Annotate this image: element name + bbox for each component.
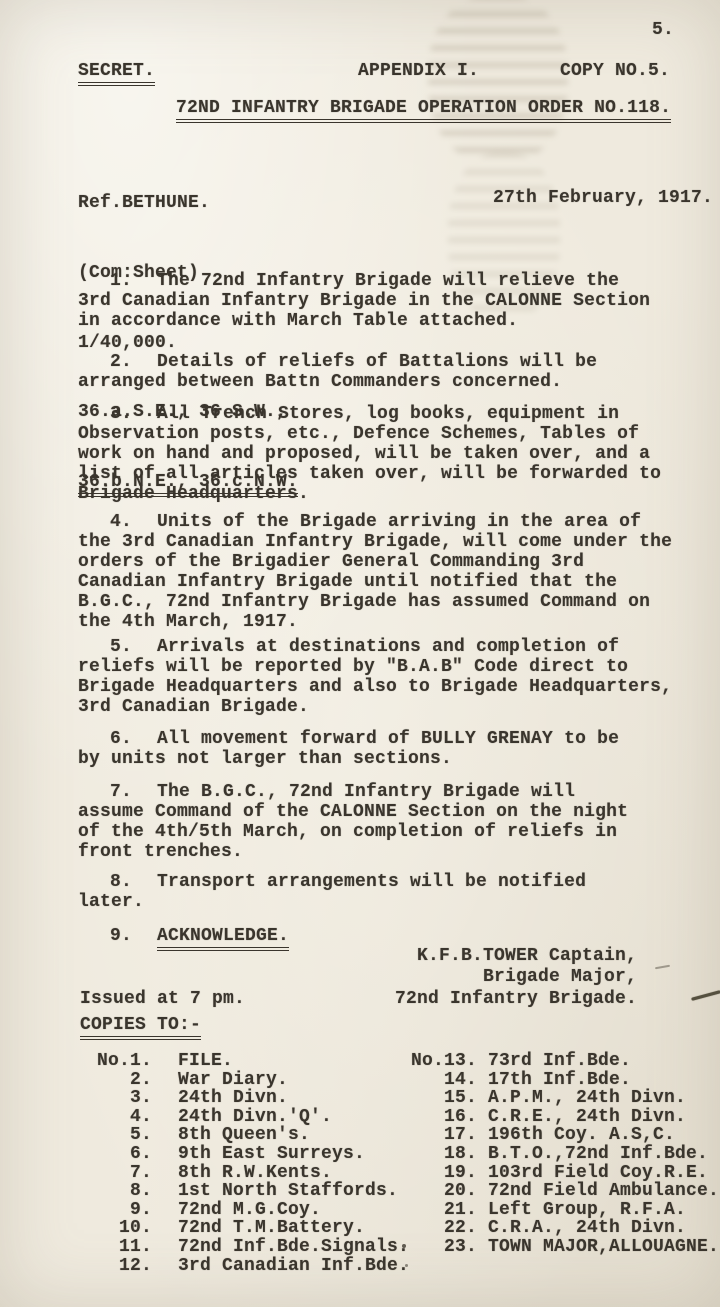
copies-heading: COPIES TO:- xyxy=(80,1015,201,1040)
copy-recipient: 72nd M.G.Coy. xyxy=(178,1200,321,1220)
copy-number: 3. xyxy=(78,1089,152,1108)
paragraph-number: 3. xyxy=(110,404,157,424)
reference-line: Ref.BETHUNE. xyxy=(78,192,298,215)
list-item: 23.TOWN MAJOR,ALLOUAGNE. xyxy=(410,1238,719,1257)
paragraph-number: 2. xyxy=(110,352,157,372)
pen-mark xyxy=(691,990,720,1001)
copy-number: 7. xyxy=(78,1164,152,1183)
copy-recipient: 196th Coy. A.S,C. xyxy=(488,1125,675,1145)
copy-number: 22. xyxy=(410,1219,477,1238)
copy-recipient: 72nd Field Ambulance. xyxy=(488,1181,719,1201)
copy-number: 23. xyxy=(410,1238,477,1257)
list-item: 5.8th Queen's. xyxy=(78,1126,410,1145)
order-paragraph-4: 4.Units of the Brigade arriving in the a… xyxy=(78,512,698,632)
copy-number: 14. xyxy=(410,1071,477,1090)
order-paragraph-1: 1.The 72nd Infantry Brigade will relieve… xyxy=(78,271,698,331)
list-item: 16.C.R.E., 24th Divn. xyxy=(410,1108,719,1127)
paragraph-number: 1. xyxy=(110,271,157,291)
copy-recipient: 3rd Canadian Inf.Bde. xyxy=(178,1256,409,1276)
order-body: 1.The 72nd Infantry Brigade will relieve… xyxy=(78,271,698,959)
paragraph-text: The B.G.C., 72nd Infantry Brigade will a… xyxy=(78,782,628,862)
copy-recipient: 8th Queen's. xyxy=(178,1125,310,1145)
copy-recipient: TOWN MAJOR,ALLOUAGNE. xyxy=(488,1237,719,1257)
order-paragraph-9: 9.ACKNOWLEDGE. xyxy=(78,926,698,946)
copy-number: No.13. xyxy=(410,1052,477,1071)
list-item: 22.C.R.A., 24th Divn. xyxy=(410,1219,719,1238)
list-item: No.13.73rd Inf.Bde. xyxy=(410,1052,719,1071)
copy-recipient: 72nd T.M.Battery. xyxy=(178,1218,365,1238)
issued-time: Issued at 7 pm. xyxy=(80,989,245,1010)
copy-recipient: C.R.A., 24th Divn. xyxy=(488,1218,686,1238)
order-paragraph-2: 2.Details of reliefs of Battalions will … xyxy=(78,352,698,392)
copy-number: No.1. xyxy=(78,1052,152,1071)
order-paragraph-6: 6.All movement forward of BULLY GRENAY t… xyxy=(78,729,698,769)
copy-recipient: FILE. xyxy=(178,1051,233,1071)
copy-recipient: Left Group, R.F.A. xyxy=(488,1200,686,1220)
list-item: 17.196th Coy. A.S,C. xyxy=(410,1126,719,1145)
copy-recipient: B.T.O.,72nd Inf.Bde. xyxy=(488,1144,708,1164)
copy-recipient: 73rd Inf.Bde. xyxy=(488,1051,631,1071)
paragraph-number: 5. xyxy=(110,637,157,657)
copy-recipient: A.P.M., 24th Divn. xyxy=(488,1088,686,1108)
order-paragraph-3: 3.All Trench Stores, log books, equipmen… xyxy=(78,404,698,504)
paragraph-text: The 72nd Infantry Brigade will relieve t… xyxy=(78,271,650,331)
list-item: 12.3rd Canadian Inf.Bde. xyxy=(78,1257,410,1276)
copy-number: 19. xyxy=(410,1164,477,1183)
appendix-label: APPENDIX I. xyxy=(358,61,479,81)
paragraph-text: Units of the Brigade arriving in the are… xyxy=(78,512,672,632)
paragraph-text: Arrivals at destinations and completion … xyxy=(78,637,672,717)
paragraph-number: 9. xyxy=(110,926,157,946)
copy-recipient: 103rd Field Coy.R.E. xyxy=(488,1163,708,1183)
list-item: 6.9th East Surreys. xyxy=(78,1145,410,1164)
signature-name: K.F.B.TOWER Captain, xyxy=(80,946,637,967)
list-item: 10.72nd T.M.Battery. xyxy=(78,1219,410,1238)
list-item: 9.72nd M.G.Coy. xyxy=(78,1201,410,1220)
list-item: 19.103rd Field Coy.R.E. xyxy=(410,1164,719,1183)
copy-recipient: 17th Inf.Bde. xyxy=(488,1070,631,1090)
copy-recipient: C.R.E., 24th Divn. xyxy=(488,1107,686,1127)
copy-number: 20. xyxy=(410,1182,477,1201)
copy-number: 15. xyxy=(410,1089,477,1108)
copy-number: 4. xyxy=(78,1108,152,1127)
classification-label: SECRET. xyxy=(78,61,155,86)
distribution-left-column: No.1.FILE. 2.War Diary. 3.24th Divn. 4.2… xyxy=(78,1052,410,1275)
copy-recipient: 24th Divn. xyxy=(178,1088,288,1108)
list-item: 2.War Diary. xyxy=(78,1071,410,1090)
copy-recipient: 1st North Staffords. xyxy=(178,1181,398,1201)
document-page: 5. SECRET. APPENDIX I. COPY NO.5. 72ND I… xyxy=(0,0,720,1307)
signature-unit-line: Issued at 7 pm.72nd Infantry Brigade. xyxy=(80,989,637,1010)
bleed-through-smudge xyxy=(428,0,568,164)
paragraph-number: 4. xyxy=(110,512,157,532)
copy-recipient: 9th East Surreys. xyxy=(178,1144,365,1164)
copy-number: 16. xyxy=(410,1108,477,1127)
copy-number-label: COPY NO.5. xyxy=(560,61,670,81)
list-item: 15.A.P.M., 24th Divn. xyxy=(410,1089,719,1108)
paragraph-text: All Trench Stores, log books, equipment … xyxy=(78,404,661,504)
copy-recipient: 72nd Inf.Bde.Signals. xyxy=(178,1237,409,1257)
list-item: No.1.FILE. xyxy=(78,1052,410,1071)
distribution-list: No.1.FILE. 2.War Diary. 3.24th Divn. 4.2… xyxy=(78,1052,719,1275)
copy-number: 10. xyxy=(78,1219,152,1238)
order-paragraph-7: 7.The B.G.C., 72nd Infantry Brigade will… xyxy=(78,782,698,862)
signature-unit: 72nd Infantry Brigade. xyxy=(395,989,637,1009)
paragraph-text: All movement forward of BULLY GRENAY to … xyxy=(78,729,619,769)
list-item: 4.24th Divn.'Q'. xyxy=(78,1108,410,1127)
copy-recipient: War Diary. xyxy=(178,1070,288,1090)
distribution-right-column: No.13.73rd Inf.Bde. 14.17th Inf.Bde. 15.… xyxy=(410,1052,719,1275)
pen-mark xyxy=(655,965,670,970)
copy-recipient: 8th R.W.Kents. xyxy=(178,1163,332,1183)
paragraph-number: 6. xyxy=(110,729,157,749)
copy-number: 12. xyxy=(78,1257,152,1276)
list-item: 7.8th R.W.Kents. xyxy=(78,1164,410,1183)
order-paragraph-8: 8.Transport arrangements will be notifie… xyxy=(78,872,698,912)
ink-speck xyxy=(402,1244,406,1248)
copy-number: 9. xyxy=(78,1201,152,1220)
paragraph-number: 8. xyxy=(110,872,157,892)
copy-number: 8. xyxy=(78,1182,152,1201)
list-item: 18.B.T.O.,72nd Inf.Bde. xyxy=(410,1145,719,1164)
list-item: 14.17th Inf.Bde. xyxy=(410,1071,719,1090)
copy-recipient: 24th Divn.'Q'. xyxy=(178,1107,332,1127)
order-paragraph-5: 5.Arrivals at destinations and completio… xyxy=(78,637,698,717)
copy-number: 17. xyxy=(410,1126,477,1145)
document-date: 27th February, 1917. xyxy=(493,188,713,208)
list-item: 20.72nd Field Ambulance. xyxy=(410,1182,719,1201)
page-number: 5. xyxy=(652,20,674,40)
list-item: 8.1st North Staffords. xyxy=(78,1182,410,1201)
ink-speck xyxy=(405,1264,408,1267)
copy-number: 21. xyxy=(410,1201,477,1220)
list-item: 3.24th Divn. xyxy=(78,1089,410,1108)
list-item: 21.Left Group, R.F.A. xyxy=(410,1201,719,1220)
paragraph-number: 7. xyxy=(110,782,157,802)
copy-number: 11. xyxy=(78,1238,152,1257)
list-item: 11.72nd Inf.Bde.Signals. xyxy=(78,1238,410,1257)
copy-number: 2. xyxy=(78,1071,152,1090)
document-title: 72ND INFANTRY BRIGADE OPERATION ORDER NO… xyxy=(176,98,671,123)
copy-number: 18. xyxy=(410,1145,477,1164)
signature-role: Brigade Major, xyxy=(80,967,637,988)
signature-block: K.F.B.TOWER Captain, Brigade Major, Issu… xyxy=(80,946,637,1010)
copy-number: 5. xyxy=(78,1126,152,1145)
copy-number: 6. xyxy=(78,1145,152,1164)
